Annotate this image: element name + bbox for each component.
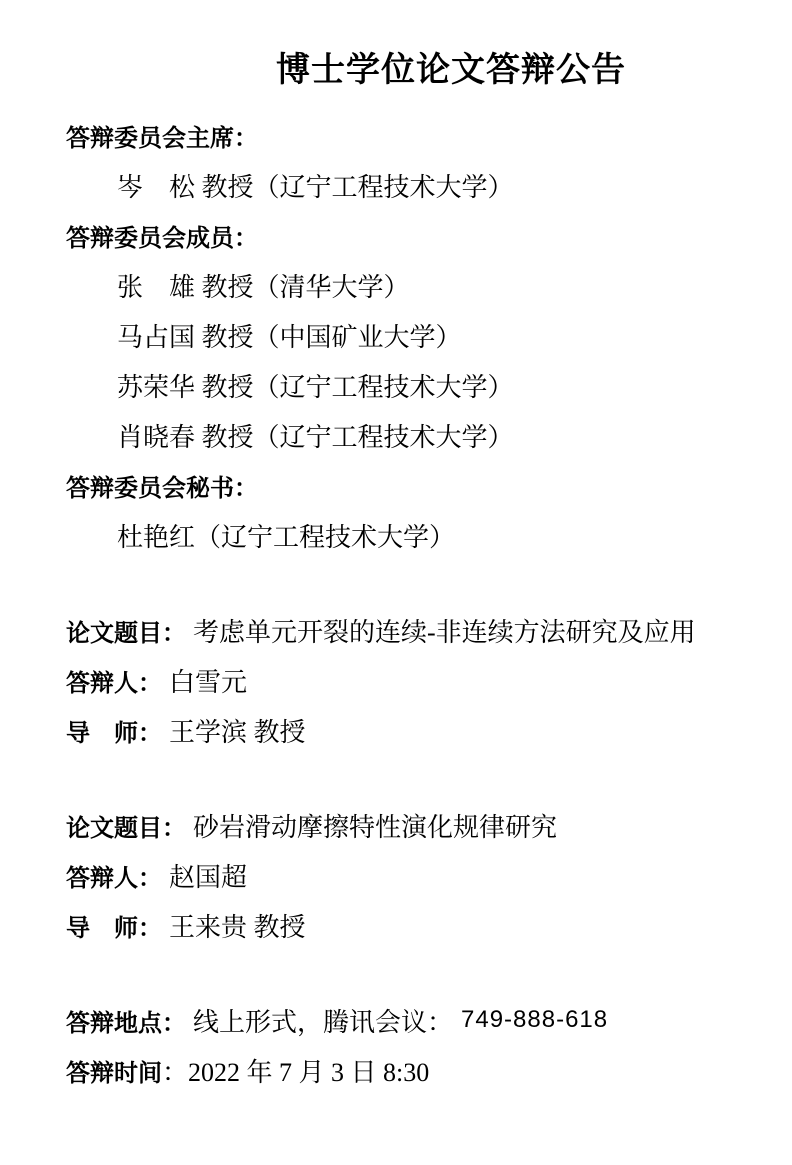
defender-name: 白雪元 — [169, 662, 247, 699]
defender-line: 答辩人： 赵国超 — [0, 850, 792, 900]
supervisor-name: 王学滨 教授 — [169, 712, 306, 749]
time-line: 答辩时间 ： 2022 年 7 月 3 日 8:30 — [0, 1045, 792, 1095]
announcement-body: 答辩委员会主席： 岑 松 教授（辽宁工程技术大学） 答辩委员会成员： 张 雄 教… — [0, 110, 792, 1095]
chair-label-line: 答辩委员会主席： — [0, 110, 792, 160]
venue-line: 答辩地点： 线上形式，腾讯会议： 749-888-618 — [0, 995, 792, 1045]
supervisor-label: 导 师： — [66, 713, 162, 748]
defender-label: 答辩人： — [66, 663, 162, 698]
member-row: 马占国 教授（中国矿业大学） — [0, 310, 792, 360]
chair-label: 答辩委员会主席： — [66, 118, 258, 153]
member-row: 苏荣华 教授（辽宁工程技术大学） — [0, 360, 792, 410]
thesis-title-line: 论文题目： 砂岩滑动摩擦特性演化规律研究 — [0, 800, 792, 850]
thesis-title: 砂岩滑动摩擦特性演化规律研究 — [193, 807, 557, 844]
supervisor-line: 导 师： 王学滨 教授 — [0, 705, 792, 755]
meeting-id: 749-888-618 — [461, 1006, 608, 1034]
thesis-title-line: 论文题目： 考虑单元开裂的连续-非连续方法研究及应用 — [0, 605, 792, 655]
thesis-label: 论文题目： — [66, 613, 186, 648]
supervisor-line: 导 师： 王来贵 教授 — [0, 900, 792, 950]
member-name: 肖晓春 教授（辽宁工程技术大学） — [117, 417, 514, 454]
defender-label: 答辩人： — [66, 858, 162, 893]
supervisor-name: 王来贵 教授 — [169, 907, 306, 944]
member-name: 马占国 教授（中国矿业大学） — [117, 317, 462, 354]
secretary-label: 答辩委员会秘书： — [66, 468, 258, 503]
defense-announcement-page: 博士学位论文答辩公告 答辩委员会主席： 岑 松 教授（辽宁工程技术大学） 答辩委… — [0, 0, 792, 1165]
time-colon: ： — [162, 1052, 188, 1089]
section-gap — [0, 560, 792, 605]
time-value: 2022 年 7 月 3 日 8:30 — [188, 1052, 429, 1089]
chair-name: 岑 松 教授（辽宁工程技术大学） — [117, 167, 514, 204]
secretary-label-line: 答辩委员会秘书： — [0, 460, 792, 510]
secretary-name: 杜艳红（辽宁工程技术大学） — [117, 517, 455, 554]
time-label: 答辩时间 — [66, 1053, 162, 1088]
page-title: 博士学位论文答辩公告 — [0, 0, 792, 92]
section-gap — [0, 950, 792, 995]
member-name: 苏荣华 教授（辽宁工程技术大学） — [117, 367, 514, 404]
secretary-name-line: 杜艳红（辽宁工程技术大学） — [0, 510, 792, 560]
thesis-title: 考虑单元开裂的连续-非连续方法研究及应用 — [193, 612, 696, 649]
member-row: 张 雄 教授（清华大学） — [0, 260, 792, 310]
defender-line: 答辩人： 白雪元 — [0, 655, 792, 705]
supervisor-label: 导 师： — [66, 908, 162, 943]
chair-name-line: 岑 松 教授（辽宁工程技术大学） — [0, 160, 792, 210]
thesis-label: 论文题目： — [66, 808, 186, 843]
member-name: 张 雄 教授（清华大学） — [117, 267, 410, 304]
members-label: 答辩委员会成员： — [66, 218, 258, 253]
defender-name: 赵国超 — [169, 857, 247, 894]
member-row: 肖晓春 教授（辽宁工程技术大学） — [0, 410, 792, 460]
members-label-line: 答辩委员会成员： — [0, 210, 792, 260]
venue-text: 线上形式，腾讯会议： — [193, 1002, 453, 1039]
section-gap — [0, 755, 792, 800]
venue-label: 答辩地点： — [66, 1003, 186, 1038]
